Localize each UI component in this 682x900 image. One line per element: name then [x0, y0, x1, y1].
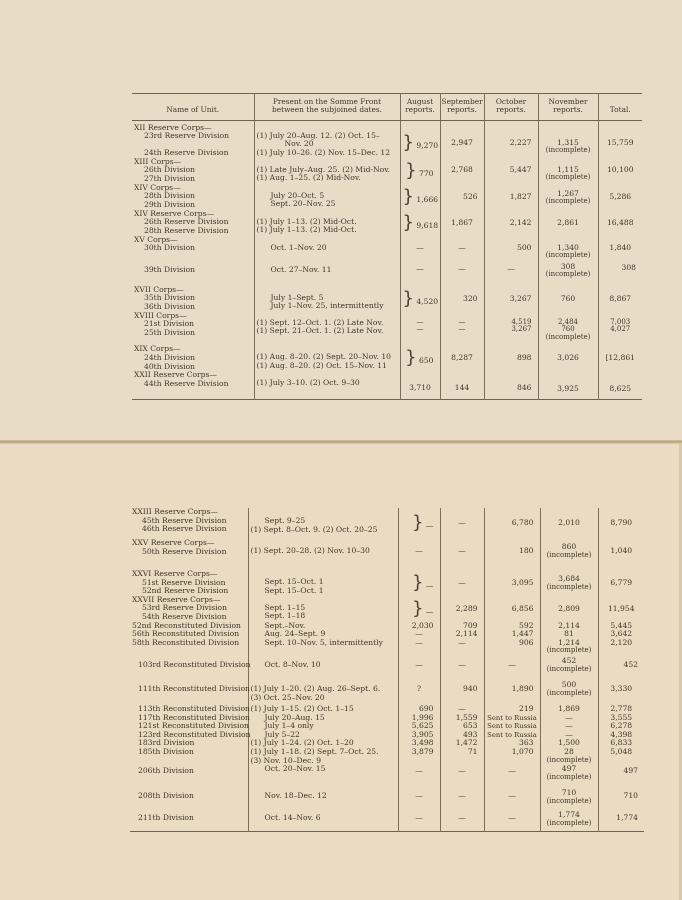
september-value: —	[440, 809, 484, 831]
header-row: Name of Unit. Present on the Somme Front…	[132, 94, 642, 121]
incomplete-note: (incomplete)	[543, 584, 596, 592]
somme-casualty-table-bottom: XXIII Reserve Corps— 45th Reserve Divisi…	[130, 508, 644, 832]
col-header-total: Total.	[598, 94, 642, 121]
september-value: 2,289	[440, 596, 484, 622]
incomplete-note: (incomplete)	[543, 774, 596, 782]
unit-name: 111th Reconstituted Division	[130, 679, 248, 703]
october-value: 3,095	[484, 567, 540, 596]
september-value: —	[440, 639, 484, 655]
september-value: 71	[440, 748, 484, 765]
september-value: —	[440, 787, 484, 809]
august-value: ?	[398, 679, 440, 703]
november-value: 860	[562, 542, 577, 551]
total-value: 2,120	[598, 639, 644, 655]
august-value: 690	[398, 703, 440, 714]
somme-casualty-table-top: Name of Unit. Present on the Somme Front…	[132, 93, 642, 400]
brace-icon: }	[412, 598, 423, 619]
table-row: 211th Division Oct. 14–Nov. 6 — — — 1,77…	[130, 809, 644, 831]
october-value: 6,856	[484, 596, 540, 622]
brace-icon: }	[403, 288, 414, 309]
november-value: 500	[562, 680, 577, 689]
table-row: 208th Division Nov. 18–Dec. 12 — — — 710…	[130, 787, 644, 809]
brace-icon: }	[412, 572, 423, 593]
page-fold	[0, 440, 682, 444]
col-header-october: Octoberreports.	[484, 94, 538, 121]
col-header-unit: Name of Unit.	[132, 94, 254, 121]
august-value: —	[426, 607, 434, 616]
incomplete-note: (incomplete)	[543, 820, 596, 828]
october-value: —	[484, 809, 540, 831]
table-row: XXVII Reserve Corps— 53rd Reserve Divisi…	[130, 596, 644, 622]
november-value: 710	[562, 788, 577, 797]
table-row: 39th Division Oct. 27–Nov. 11 — — — 308(…	[132, 260, 642, 284]
september-value: 8,287	[440, 341, 484, 371]
total-value: 11,954	[598, 596, 644, 622]
november-value: 2,809	[540, 596, 598, 622]
table-row: XVII Corps— 35th Division 36th Division …	[132, 284, 642, 312]
september-value: 144	[440, 371, 484, 399]
unit-name: 23rd Reserve Division	[134, 132, 252, 141]
november-value: 1,869	[540, 703, 598, 714]
table-row: XXIII Reserve Corps— 45th Reserve Divisi…	[130, 508, 644, 539]
august-value: 1,666	[416, 195, 438, 204]
september-value: 320	[440, 284, 484, 312]
september-value: —	[440, 260, 484, 284]
table-row: 185th Division (1) July 1–18. (2) Sept. …	[130, 748, 644, 765]
november-value: 2,010	[540, 508, 598, 539]
col-header-september: Septemberreports.	[440, 94, 484, 121]
unit-name: 46th Reserve Division	[132, 525, 246, 534]
table-row: 111th Reconstituted Division (1) July 1–…	[130, 679, 644, 703]
table-row: XIX Corps— 24th Division 40th Division (…	[132, 341, 642, 371]
table-row: XXII Reserve Corps— 44th Reserve Divisio…	[132, 371, 642, 399]
total-value: 1,774	[598, 809, 644, 831]
september-value: —	[440, 703, 484, 714]
august-value: —	[426, 581, 434, 590]
incomplete-note: (incomplete)	[541, 147, 596, 155]
total-value: 1,840	[598, 236, 642, 260]
october-value: 3,267	[484, 284, 538, 312]
table-row: 58th Reconstituted Division Sept. 10–Nov…	[130, 639, 644, 655]
total-value: 8,867	[598, 284, 642, 312]
september-value: 2,768	[440, 158, 484, 184]
total-value: 5,286	[598, 184, 642, 210]
august-value: —	[398, 809, 440, 831]
november-value: 1,774	[558, 810, 580, 819]
august-value: 650	[419, 356, 434, 365]
col-header-november: Novemberreports.	[538, 94, 598, 121]
october-value: Sent to Russia	[484, 722, 540, 731]
unit-name: 103rd Reconstituted Division	[130, 655, 248, 679]
incomplete-note: (incomplete)	[541, 271, 596, 279]
unit-name: 185th Division	[130, 748, 248, 765]
table-row: XXVI Reserve Corps— 51st Reserve Divisio…	[130, 567, 644, 596]
september-value: —	[443, 326, 482, 334]
october-value: 219	[484, 703, 540, 714]
august-value: —	[398, 639, 440, 655]
incomplete-note: (incomplete)	[541, 252, 596, 260]
unit-name: 208th Division	[130, 787, 248, 809]
november-value: 3,026	[538, 341, 598, 371]
november-value: 28	[564, 747, 574, 756]
october-value: —	[484, 260, 538, 284]
incomplete-note: (incomplete)	[543, 552, 596, 560]
table-row: XIII Corps— 26th Division 27th Division …	[132, 158, 642, 184]
table-row: 113th Reconstituted Division (1) July 1–…	[130, 703, 644, 714]
unit-name: 58th Reconstituted Division	[130, 639, 248, 655]
september-value: 940	[440, 679, 484, 703]
august-value: —	[400, 260, 440, 284]
november-value: 3,684	[558, 574, 580, 583]
october-value: 1,827	[484, 184, 538, 210]
october-value: 846	[484, 371, 538, 399]
incomplete-note: (incomplete)	[543, 798, 596, 806]
september-value: —	[440, 236, 484, 260]
brace-icon: }	[403, 132, 414, 153]
incomplete-note: (incomplete)	[541, 174, 596, 182]
august-value: —	[426, 521, 434, 530]
august-value: —	[398, 539, 440, 567]
september-value: —	[440, 539, 484, 567]
total-value: [12,861	[598, 341, 642, 371]
october-value: —	[484, 787, 540, 809]
total-value: 15,759	[598, 120, 642, 157]
august-value: 9,270	[416, 141, 438, 150]
table-row: XIV Corps— 28th Division 29th Division J…	[132, 184, 642, 210]
november-value: 497	[562, 764, 577, 773]
november-value: 2,861	[557, 218, 579, 227]
october-value: 6,780	[484, 508, 540, 539]
unit-name: 30th Division	[134, 244, 252, 253]
total-value: 452	[598, 655, 644, 679]
august-value: 4,520	[416, 297, 438, 306]
october-value: 500	[484, 236, 538, 260]
table-row: XXV Reserve Corps— 50th Reserve Division…	[130, 539, 644, 567]
incomplete-note: (incomplete)	[543, 666, 596, 674]
unit-name: 39th Division	[134, 266, 252, 275]
total-value: 2,778	[598, 703, 644, 714]
total-value: 710	[598, 787, 644, 809]
total-value: 8,790	[598, 508, 644, 539]
october-value: 906	[484, 639, 540, 655]
august-value: —	[398, 765, 440, 787]
brace-icon: }	[403, 212, 414, 233]
october-value: —	[484, 765, 540, 787]
table-row: XVIII Corps— 21st Division 25th Division…	[132, 312, 642, 342]
table-row: 206th Division Oct. 20–Nov. 15 — — — 497…	[130, 765, 644, 787]
september-value: —	[440, 655, 484, 679]
october-value: 5,447	[484, 158, 538, 184]
august-value: —	[398, 787, 440, 809]
october-value: 1,890	[484, 679, 540, 703]
total-value: 497	[598, 765, 644, 787]
august-value: —	[403, 326, 438, 334]
september-value: —	[440, 508, 484, 539]
total-value: 1,040	[598, 539, 644, 567]
august-value: 3,710	[400, 371, 440, 399]
october-value: Sent to Russia	[484, 714, 540, 723]
october-value: 180	[484, 539, 540, 567]
brace-icon: }	[405, 347, 416, 368]
brace-icon: }	[405, 160, 416, 181]
unit-name: 206th Division	[130, 765, 248, 787]
total-value: 3,330	[598, 679, 644, 703]
october-value: —	[484, 655, 540, 679]
september-value: —	[440, 765, 484, 787]
table-row: XII Reserve Corps— 23rd Reserve Division…	[132, 120, 642, 157]
unit-name: 211th Division	[130, 809, 248, 831]
november-value: 452	[562, 656, 577, 665]
incomplete-note: (incomplete)	[541, 334, 596, 342]
total-value: 8,625	[598, 371, 642, 399]
september-value: 1,867	[440, 210, 484, 236]
col-header-present: Present on the Somme Frontbetween the su…	[254, 94, 400, 121]
brace-icon: }	[412, 512, 423, 533]
unit-name: 25th Division	[134, 329, 252, 338]
incomplete-note: (incomplete)	[543, 690, 596, 698]
november-value: 760	[538, 284, 598, 312]
unit-name: 50th Reserve Division	[132, 548, 246, 557]
october-value: 1,070	[484, 748, 540, 765]
total-value: 16,488	[598, 210, 642, 236]
table-row: XIV Reserve Corps— 26th Reserve Division…	[132, 210, 642, 236]
total-value: 4,027	[601, 326, 641, 334]
table-row: XV Corps— 30th Division Oct. 1–Nov. 20 —…	[132, 236, 642, 260]
august-value: 3,879	[398, 748, 440, 765]
total-value: 10,100	[598, 158, 642, 184]
incomplete-note: (incomplete)	[543, 757, 596, 765]
october-value: 898	[484, 341, 538, 371]
september-value: —	[440, 567, 484, 596]
october-value: 2,227	[484, 120, 538, 157]
table-row: 103rd Reconstituted Division Oct. 8–Nov.…	[130, 655, 644, 679]
november-value: 3,925	[538, 371, 598, 399]
october-value: 2,142	[484, 210, 538, 236]
col-header-august: Augustreports.	[400, 94, 440, 121]
august-value: —	[398, 655, 440, 679]
total-value: 5,048	[598, 748, 644, 765]
unit-name: 44th Reserve Division	[134, 380, 252, 389]
total-value: 308	[598, 260, 642, 284]
august-value: 770	[419, 169, 434, 178]
unit-name: 113th Reconstituted Division	[130, 703, 248, 714]
incomplete-note: (incomplete)	[543, 647, 596, 655]
incomplete-note: (incomplete)	[541, 198, 596, 206]
october-value: 3,267	[487, 326, 532, 334]
august-value: 9,618	[416, 221, 438, 230]
august-value: —	[400, 236, 440, 260]
september-value: 526	[440, 184, 484, 210]
brace-icon: }	[403, 186, 414, 207]
total-value: 6,779	[598, 567, 644, 596]
september-value: 2,947	[440, 120, 484, 157]
